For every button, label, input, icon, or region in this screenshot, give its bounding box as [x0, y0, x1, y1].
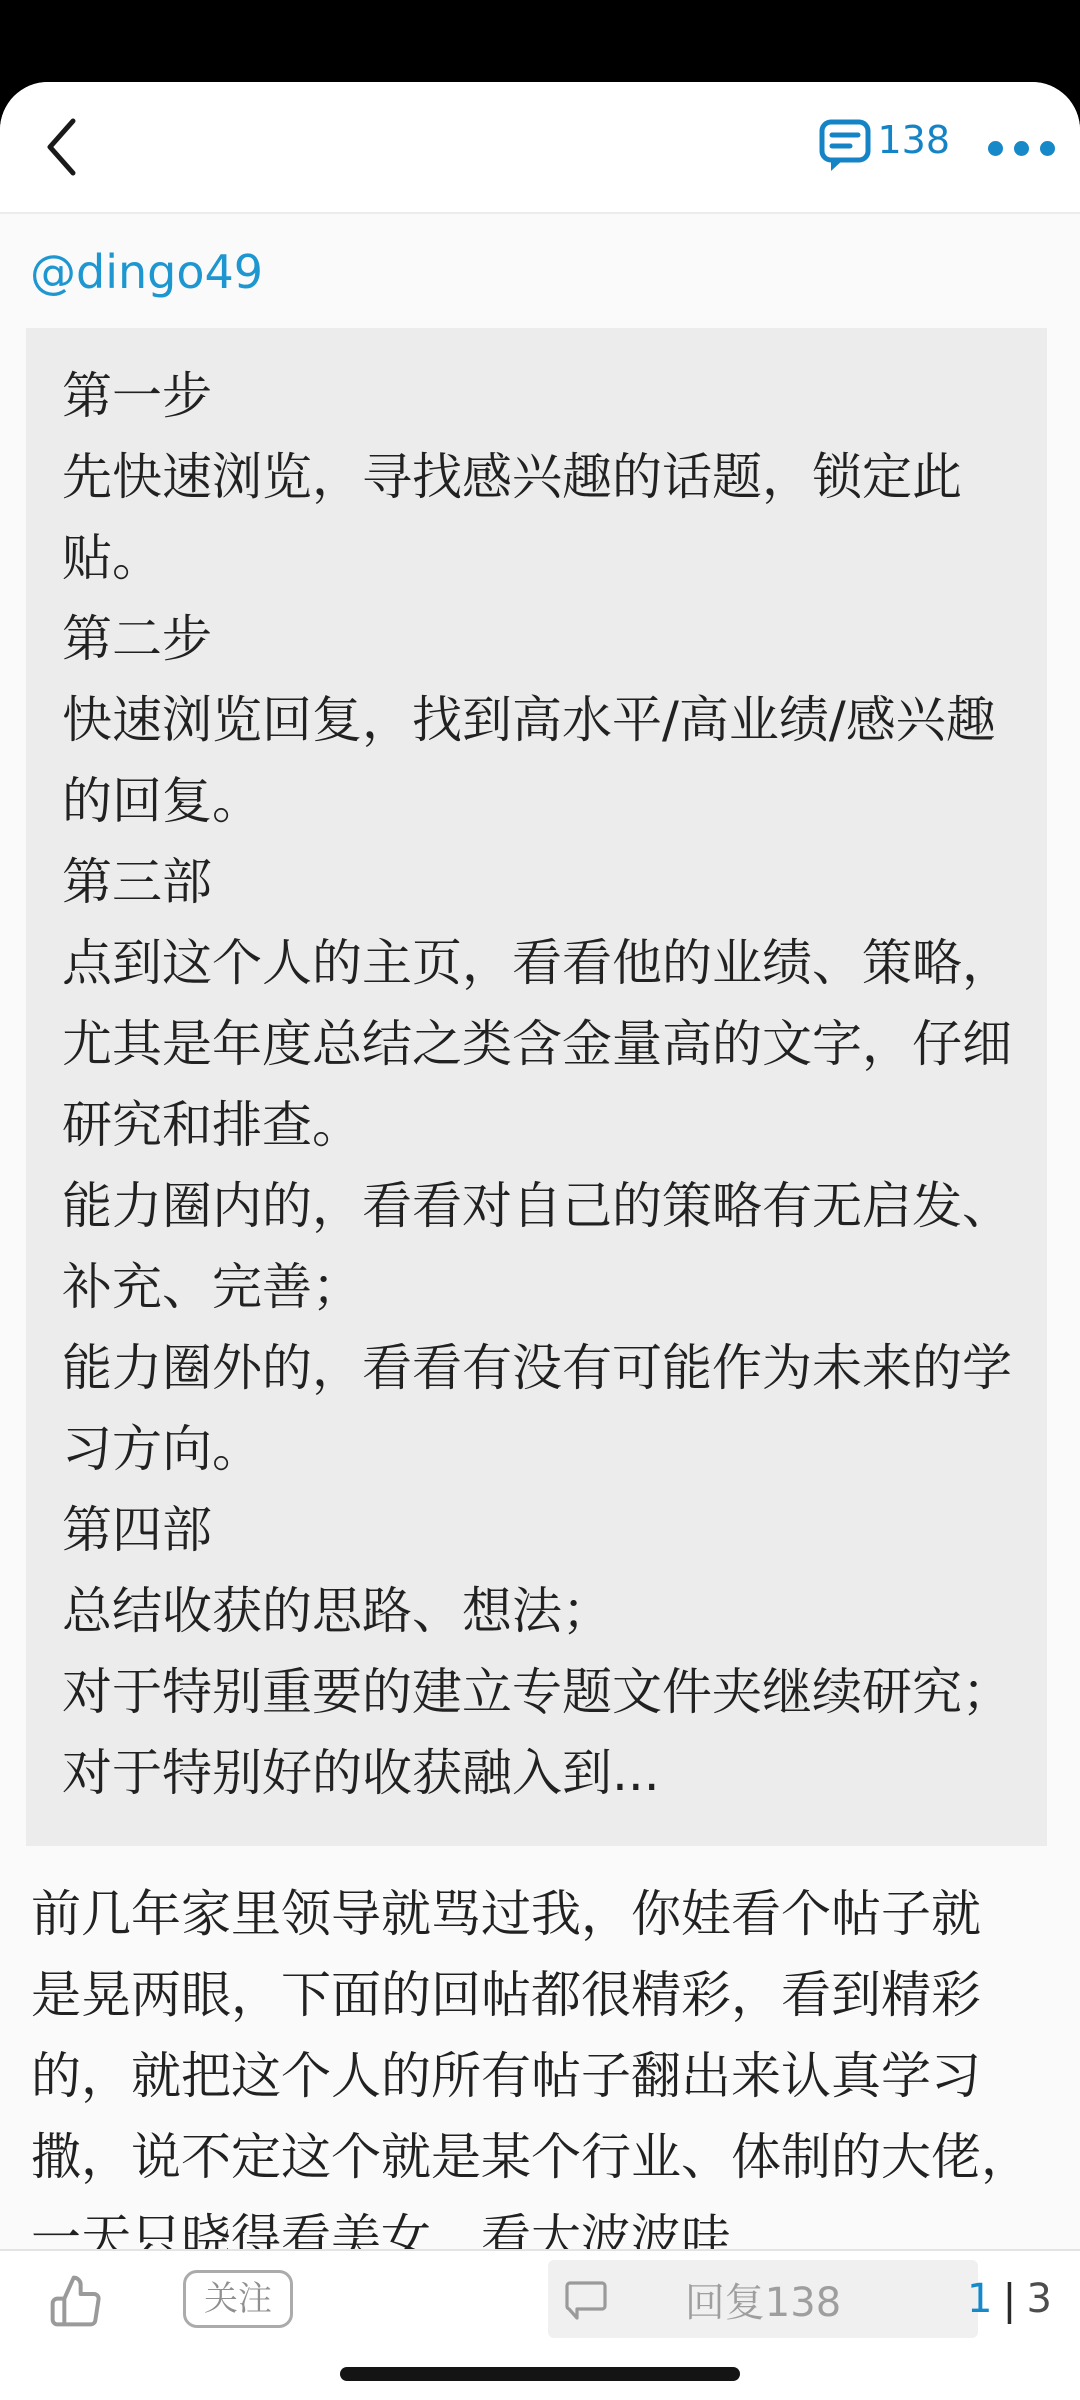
quote-line: 贴。 — [62, 518, 1019, 599]
page-total: 3 — [1027, 2276, 1052, 2322]
quote-line: 对于特别好的收获融入到... — [62, 1733, 1019, 1814]
quote-line: 第一步 — [62, 356, 1019, 437]
quote-line: 点到这个人的主页，看看他的业绩、策略， — [62, 923, 1019, 1004]
quote-line: 补充、完善； — [62, 1247, 1019, 1328]
chevron-left-icon — [44, 117, 78, 180]
more-button[interactable] — [988, 141, 1055, 156]
screen: 138 @dingo49 第一步先快速浏览，寻找感兴趣的话题，锁定此贴。第二步快… — [0, 0, 1080, 2400]
quote-line: 尤其是年度总结之类含金量高的文字，仔细 — [62, 1004, 1019, 1085]
quote-line: 研究和排查。 — [62, 1085, 1019, 1166]
page-separator: | — [1002, 2275, 1016, 2324]
home-indicator[interactable] — [340, 2367, 740, 2381]
quote-line: 习方向。 — [62, 1409, 1019, 1490]
page-current: 1 — [967, 2276, 992, 2322]
quote-line: 先快速浏览，寻找感兴趣的话题，锁定此 — [62, 437, 1019, 518]
quote-line: 第二步 — [62, 599, 1019, 680]
body-line: 一天只晓得看美女，看大波波哇 — [31, 2198, 1080, 2249]
quote-line: 能力圈外的，看看有没有可能作为未来的学 — [62, 1328, 1019, 1409]
body-line: 撒，说不定这个就是某个行业、体制的大佬， — [31, 2117, 1080, 2198]
body-line: 前几年家里领导就骂过我，你娃看个帖子就 — [31, 1874, 1080, 1955]
quote-line: 对于特别重要的建立专题文件夹继续研究； — [62, 1652, 1019, 1733]
quote-line: 能力圈内的，看看对自己的策略有无启发、 — [62, 1166, 1019, 1247]
body-paragraph: 前几年家里领导就骂过我，你娃看个帖子就是晃两眼，下面的回帖都很精彩，看到精彩的，… — [31, 1874, 1080, 2249]
ellipsis-icon — [988, 141, 1055, 156]
body-line: 的，就把这个人的所有帖子翻出来认真学习 — [31, 2036, 1080, 2117]
comment-count: 138 — [877, 118, 950, 162]
quote-block: 第一步先快速浏览，寻找感兴趣的话题，锁定此贴。第二步快速浏览回复，找到高水平/高… — [26, 328, 1047, 1846]
quote-line: 总结收获的思路、想法； — [62, 1571, 1019, 1652]
like-button[interactable] — [48, 2273, 104, 2329]
quote-line: 第四部 — [62, 1490, 1019, 1571]
body-line: 是晃两眼，下面的回帖都很精彩，看到精彩 — [31, 1955, 1080, 2036]
post-card: 138 @dingo49 第一步先快速浏览，寻找感兴趣的话题，锁定此贴。第二步快… — [0, 82, 1080, 2400]
quote-line: 第三部 — [62, 842, 1019, 923]
author-mention[interactable]: @dingo49 — [30, 242, 1080, 302]
gesture-area — [0, 2345, 1080, 2400]
reply-placeholder: 回复138 — [685, 2271, 841, 2328]
reply-input[interactable]: 回复138 — [548, 2260, 978, 2338]
reply-bubble-icon — [562, 2276, 610, 2328]
comment-bubble-icon — [819, 118, 871, 178]
post-content[interactable]: @dingo49 第一步先快速浏览，寻找感兴趣的话题，锁定此贴。第二步快速浏览回… — [0, 214, 1080, 2249]
back-button[interactable] — [26, 104, 96, 192]
follow-button[interactable]: 关注 — [183, 2270, 293, 2328]
thumbs-up-icon — [48, 2317, 104, 2332]
quote-line: 的回复。 — [62, 761, 1019, 842]
header-actions: 138 — [819, 82, 1055, 214]
bottom-toolbar: 关注 回复138 1 | 3 — [0, 2249, 1080, 2345]
comment-count-button[interactable]: 138 — [819, 118, 950, 178]
quote-line: 快速浏览回复，找到高水平/高业绩/感兴趣 — [62, 680, 1019, 761]
header: 138 — [0, 82, 1080, 214]
status-bar — [0, 0, 1080, 82]
page-indicator[interactable]: 1 | 3 — [967, 2251, 1052, 2347]
